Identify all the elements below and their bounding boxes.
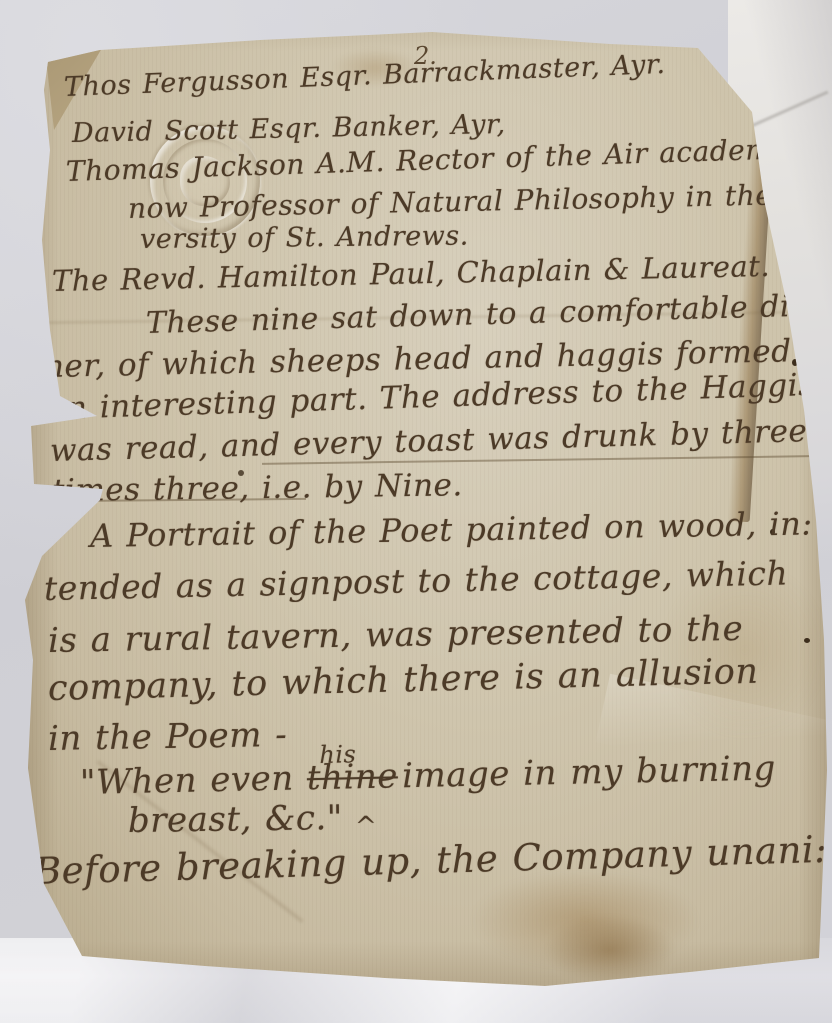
quote-second-line: breast, &c." (128, 798, 343, 841)
quote-prefix: "When even (80, 758, 308, 803)
manuscript-line: in the Poem - (48, 715, 288, 759)
paper-stain (545, 915, 675, 985)
manuscript-line: times three, i.e. by Nine. (52, 467, 463, 509)
ink-blot (804, 638, 810, 643)
manuscript-page: 2. Thos Fergusson Esqr. Barrackmaster, A… (0, 0, 832, 1023)
quote-suffix: image in my burning (388, 748, 776, 796)
manuscript-quote-line: breast, &c."^ (128, 798, 378, 841)
insertion-caret: ^ (355, 812, 378, 842)
photo-of-manuscript: 2. Thos Fergusson Esqr. Barrackmaster, A… (0, 0, 832, 1023)
inserted-word: his (319, 740, 357, 769)
manuscript-line: versity of St. Andrews. (140, 221, 469, 255)
